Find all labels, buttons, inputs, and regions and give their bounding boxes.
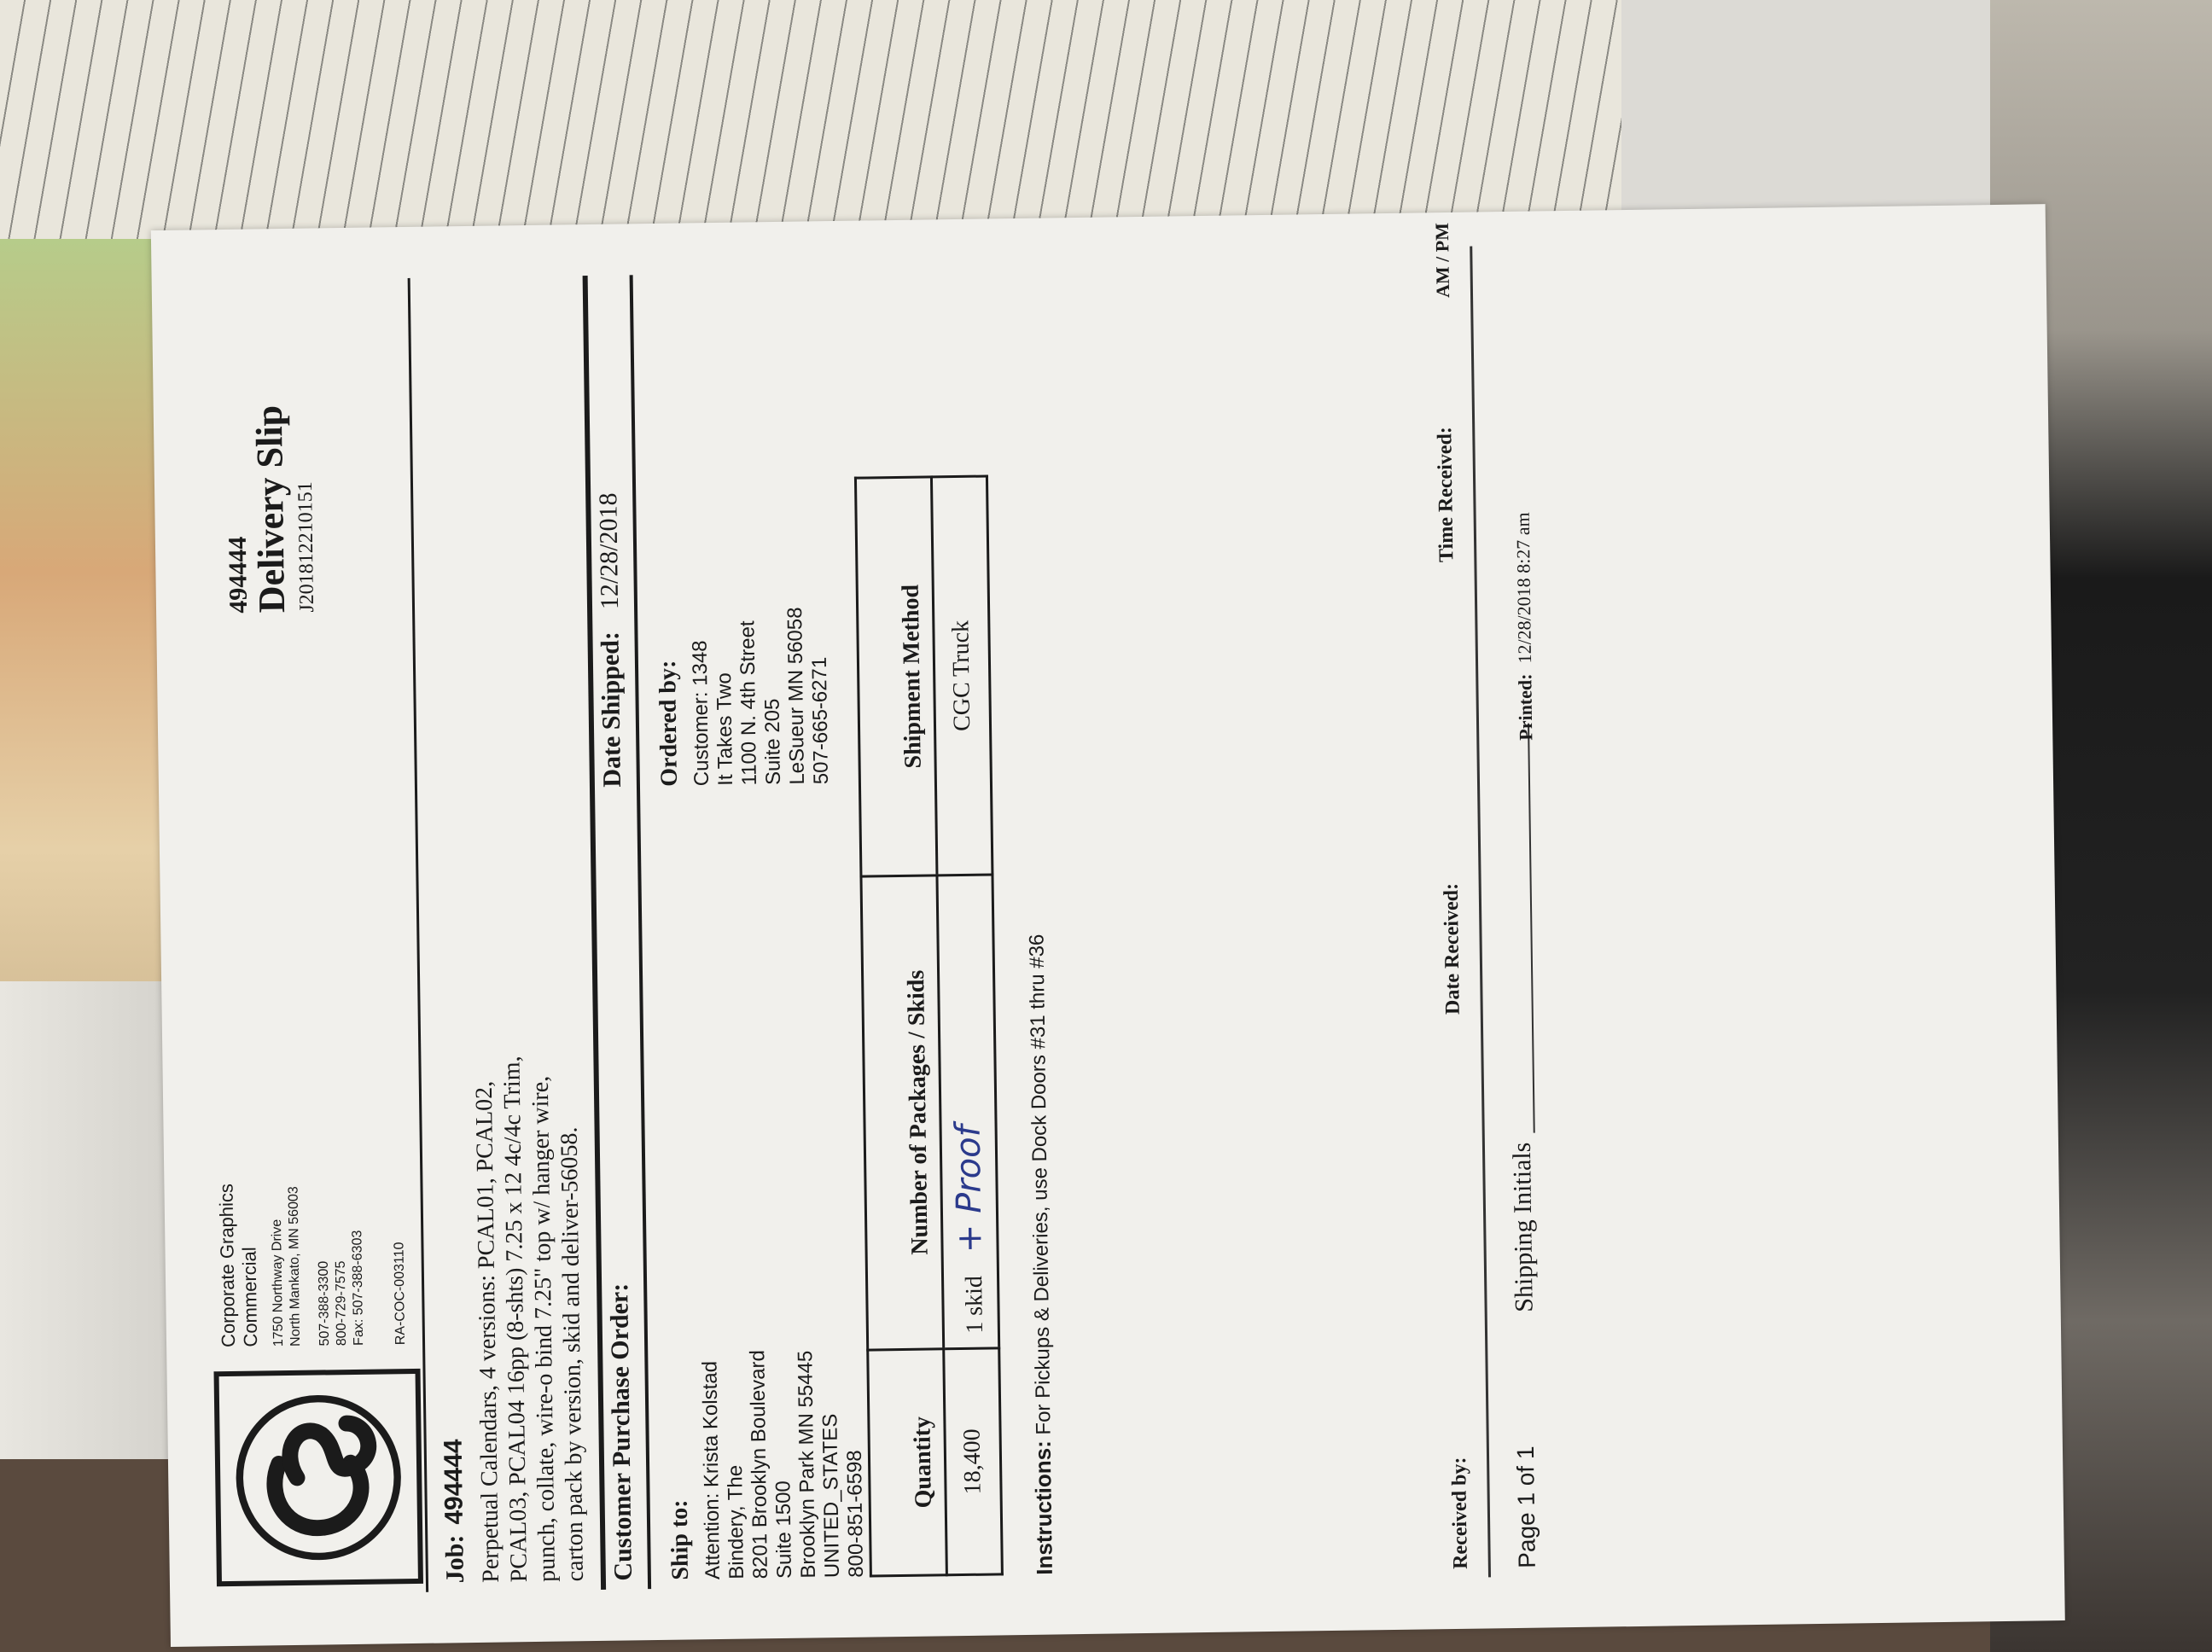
column-header-quantity: Quantity xyxy=(868,1349,947,1576)
date-shipped: Date Shipped:12/28/2018 xyxy=(594,492,627,788)
quantity-cell: 18,400 xyxy=(944,1348,1003,1575)
date-shipped-label: Date Shipped: xyxy=(596,631,626,788)
company-phone-tollfree: 800-729-7575 xyxy=(331,1182,351,1346)
document-title: Delivery Slip xyxy=(251,405,291,614)
ordered-by-label: Ordered by: xyxy=(655,608,682,787)
ship-to-label: Ship to: xyxy=(666,1351,693,1580)
ampm-label: AM / PM xyxy=(1431,223,1454,298)
method-cell: CGC Truck xyxy=(931,476,992,875)
ordered-by-line: LeSueur MN 56058 xyxy=(783,607,810,785)
ordered-by-line: It Takes Two xyxy=(712,608,738,786)
job-number: 494444 xyxy=(439,1439,469,1525)
handwritten-note: + Proof xyxy=(949,1125,990,1253)
column-header-packages: Number of Packages / Skids xyxy=(861,875,944,1350)
page-number: Page 1 of 1 xyxy=(1512,1445,1541,1568)
ship-to-line: 8201 Brooklyn Boulevard xyxy=(746,1350,773,1579)
shipping-initials-label: Shipping Initials xyxy=(1508,1142,1540,1312)
received-by-label: Received by: xyxy=(1448,1457,1473,1569)
printed-value: 12/28/2018 8:27 am xyxy=(1512,512,1535,664)
ship-to-line: Attention: Krista Kolstad xyxy=(698,1351,725,1580)
slip-code: J201812210151 xyxy=(294,404,319,613)
packages-value: 1 skid xyxy=(961,1276,988,1334)
ship-to-line: UNITED_STATES xyxy=(818,1349,845,1579)
signature-line xyxy=(1470,247,1491,1578)
packages-cell: 1 skid + Proof xyxy=(937,875,999,1349)
customer-po-label: Customer Purchase Order: xyxy=(605,1283,637,1581)
job-line: Job:494444 xyxy=(439,1439,470,1583)
company-name: Corporate Graphics xyxy=(215,1184,240,1347)
ship-to-line: Suite 1500 xyxy=(770,1350,797,1579)
company-division: Commercial xyxy=(237,1184,262,1347)
instructions-label: Instructions: xyxy=(1030,1440,1057,1575)
printed-timestamp: Printed:12/28/2018 8:27 am xyxy=(1512,512,1538,741)
cg-logo-icon xyxy=(228,1387,410,1568)
company-phone: 507-388-3300 xyxy=(314,1182,334,1346)
ship-to-block: Ship to: Attention: Krista Kolstad Binde… xyxy=(666,1348,869,1579)
date-received-label: Date Received: xyxy=(1441,883,1465,1015)
ship-to-line: Bindery, The xyxy=(722,1350,749,1579)
company-reference: RA-COC-003110 xyxy=(391,1181,409,1345)
ordered-by-line: Customer: 1348 xyxy=(688,608,714,787)
company-address-line2: North Mankato, MN 56003 xyxy=(285,1183,305,1347)
slip-header: 494444 Delivery Slip J201812210151 xyxy=(222,404,319,614)
ordered-by-line: 1100 N. 4th Street xyxy=(736,608,762,786)
company-fax: Fax: 507-388-6303 xyxy=(348,1182,368,1346)
time-received-label: Time Received: xyxy=(1434,427,1458,562)
column-header-method: Shipment Method xyxy=(855,477,937,876)
company-info: Corporate Graphics Commercial 1750 North… xyxy=(215,1181,409,1347)
company-address-line1: 1750 Northway Drive xyxy=(268,1183,288,1347)
ordered-by-block: Ordered by: Customer: 1348 It Takes Two … xyxy=(655,607,834,787)
job-description: Perpetual Calendars, 4 versions: PCAL01,… xyxy=(464,643,590,1583)
printed-label: Printed: xyxy=(1514,673,1536,741)
ordered-by-line: Suite 205 xyxy=(760,608,786,786)
company-logo xyxy=(213,1369,422,1586)
instructions-text: For Pickups & Deliveries, use Dock Doors… xyxy=(1025,934,1055,1435)
document-photo: Corporate Graphics Commercial 1750 North… xyxy=(171,213,2082,1652)
ordered-by-line: 507-665-6271 xyxy=(807,607,834,785)
job-label: Job: xyxy=(440,1534,469,1583)
customer-po: Customer Purchase Order: xyxy=(605,1283,638,1581)
delivery-slip: Corporate Graphics Commercial 1750 North… xyxy=(151,204,2065,1647)
date-shipped-value: 12/28/2018 xyxy=(594,492,624,609)
ship-to-line: Brooklyn Park MN 55445 xyxy=(794,1349,821,1579)
instructions: Instructions: For Pickups & Deliveries, … xyxy=(1022,934,1057,1574)
initials-line xyxy=(1528,724,1535,1133)
ship-to-line: 800-851-6598 xyxy=(841,1348,869,1578)
shipment-table: Quantity Number of Packages / Skids Ship… xyxy=(854,474,1004,1577)
